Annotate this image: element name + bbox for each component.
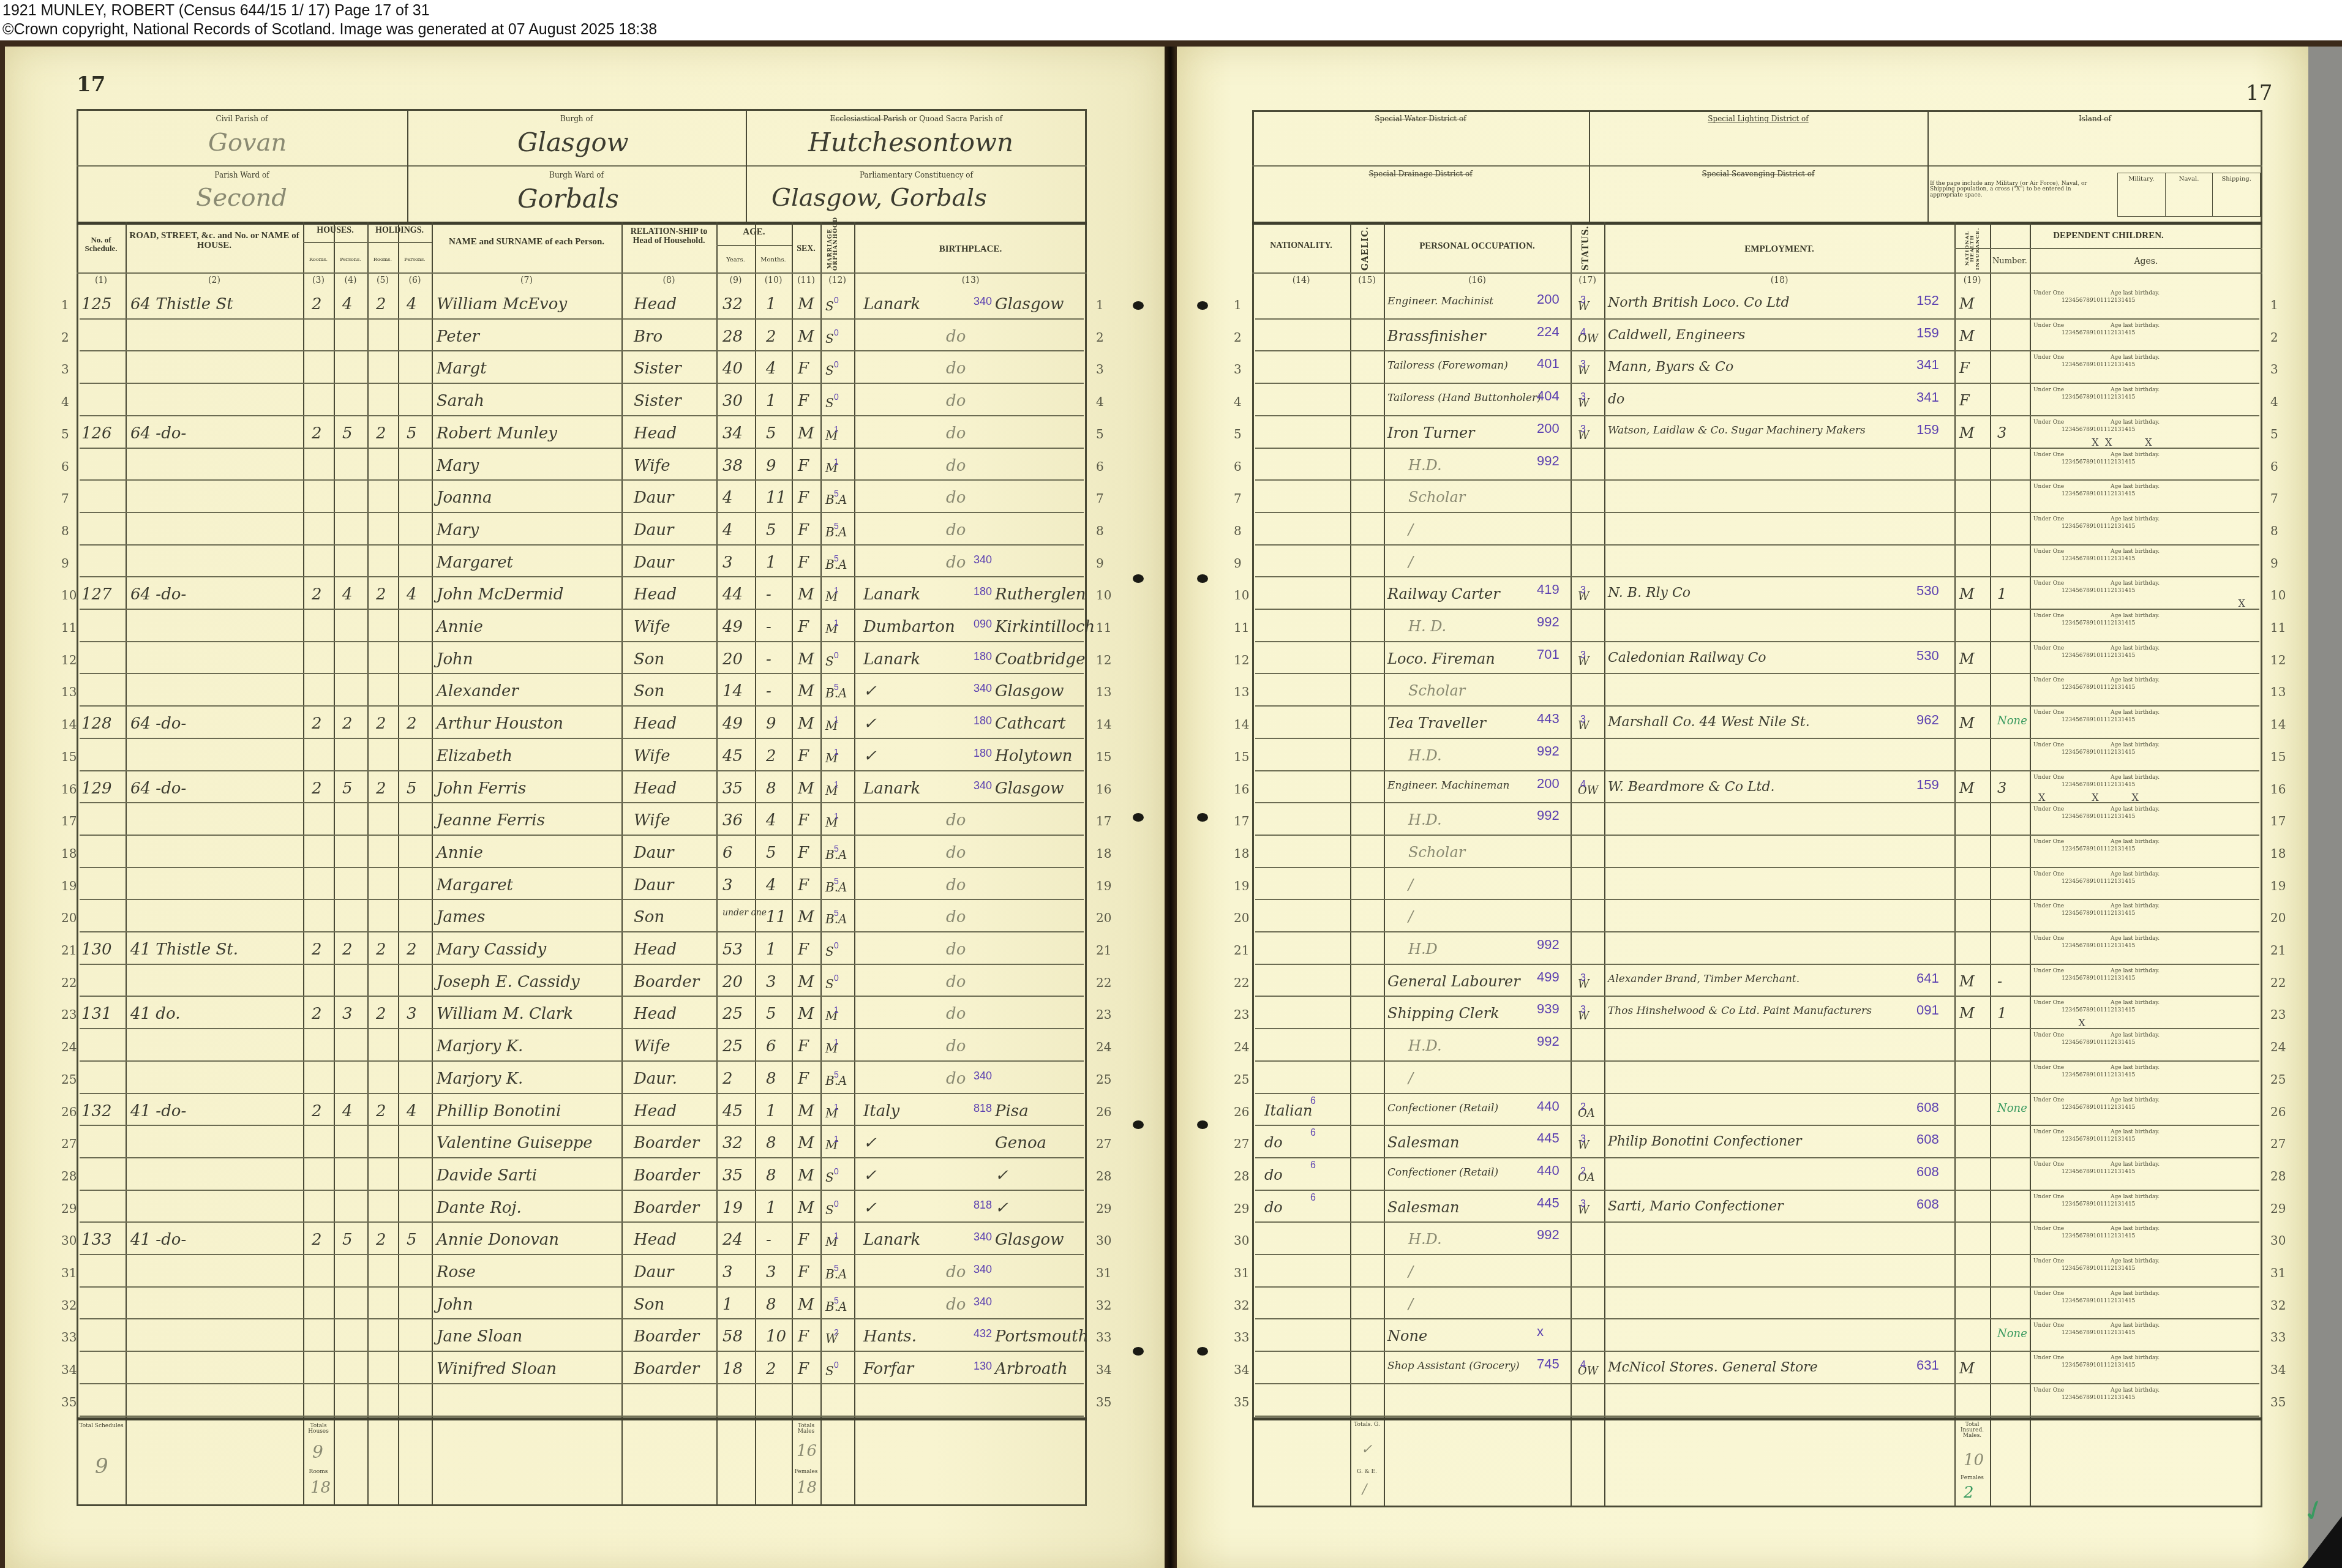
occupation-code: 992 <box>1537 614 1559 630</box>
age-last-birthday-label: Age last birthday. <box>2111 1291 2160 1297</box>
row-number: 14 <box>1096 717 1111 732</box>
marital-code: 1 <box>834 618 839 628</box>
person-name: William M. Clark <box>437 1005 573 1023</box>
age-ticks: 123456789101112131415 <box>2062 1136 2261 1142</box>
occupation-code: 445 <box>1537 1195 1559 1211</box>
row-number: 6 <box>2270 459 2278 474</box>
age-tick: 10 <box>2093 1330 2100 1336</box>
row-number: 4 <box>61 394 69 409</box>
person-name: Margaret <box>437 876 513 895</box>
constituency-value: Glasgow, Gorbals <box>771 184 987 212</box>
row-number: 16 <box>2270 782 2286 797</box>
health-insurance: F <box>1959 359 1970 377</box>
age-cross-mark: X <box>2145 437 2152 448</box>
relationship: Head <box>634 295 677 313</box>
birthplace-county: Hants. <box>863 1327 917 1346</box>
occupation-code: 992 <box>1537 937 1559 953</box>
status-code: 3 <box>1580 585 1586 596</box>
sex: M <box>798 779 814 798</box>
age-years: 49 <box>722 618 743 636</box>
age-last-birthday-label: Age last birthday. <box>2111 516 2160 522</box>
personal-occupation: H.D <box>1408 940 1438 958</box>
marital-code: 1 <box>834 779 839 789</box>
personal-occupation: Shipping Clerk <box>1387 1005 1499 1022</box>
row-number: 29 <box>61 1201 77 1216</box>
age-under-one-label: Under One <box>2033 1226 2064 1232</box>
age-ticks: 123456789101112131415 <box>2062 1072 2261 1078</box>
marital-code: 5 <box>834 1296 839 1305</box>
relationship: Son <box>634 908 664 926</box>
relationship: Wife <box>634 1037 670 1056</box>
eccl-parish-label: Ecclesiastical Parish or Quoad Sacra Par… <box>746 115 1087 123</box>
age-years: 14 <box>722 682 743 700</box>
row-number: 33 <box>1096 1330 1111 1345</box>
row-rule <box>1255 835 2259 836</box>
age-tick: 13 <box>2114 1266 2121 1272</box>
holding-rooms: 2 <box>376 715 386 733</box>
age-tick: 15 <box>2128 653 2135 659</box>
age-months: 8 <box>766 1166 776 1185</box>
total-ge: / <box>1362 1482 1367 1497</box>
row-number: 26 <box>1234 1105 1249 1119</box>
age-ticks: 123456789101112131415 <box>2062 1330 2261 1336</box>
row-number: 3 <box>61 362 69 377</box>
row-number: 26 <box>2270 1105 2286 1119</box>
person-name: Margaret <box>437 553 513 572</box>
marital-code: 1 <box>834 585 839 595</box>
birthplace-code: 340 <box>974 1263 992 1276</box>
row-number: 2 <box>2270 330 2278 345</box>
age-years: 44 <box>722 585 743 604</box>
row-number: 29 <box>1096 1201 1111 1216</box>
dependent-ages-grid: Under OneAge last birthday.1234567891011… <box>2031 805 2261 834</box>
marital-code: 1 <box>834 457 839 467</box>
column-number: (16) <box>1384 276 1571 285</box>
age-tick: 14 <box>2121 1007 2128 1013</box>
birthplace-place: Cathcart <box>995 715 1066 733</box>
occupation-code: 419 <box>1537 582 1559 598</box>
age-tick: 12 <box>2107 975 2114 981</box>
binding-hole <box>1133 301 1144 310</box>
burgh-ward-label: Burgh Ward of <box>407 171 746 179</box>
copyright-notice: ©Crown copyright, National Records of Sc… <box>2 20 2340 39</box>
sex: M <box>798 682 814 700</box>
health-insurance: M <box>1959 650 1975 667</box>
street-address: 64 -do- <box>130 715 186 733</box>
age-last-birthday-label: Age last birthday. <box>2111 710 2160 716</box>
age-tick: 14 <box>2121 943 2128 949</box>
age-under-one-label: Under One <box>2033 323 2064 329</box>
age-under-one-label: Under One <box>2033 516 2064 522</box>
age-tick: 15 <box>2128 1266 2135 1272</box>
dependent-children-number: None <box>1997 715 2027 727</box>
employment-code: 159 <box>1916 422 1939 438</box>
age-tick: 10 <box>2093 1362 2100 1368</box>
birthplace-place: ✓ <box>995 1199 1008 1217</box>
age-tick: 14 <box>2121 1169 2128 1175</box>
relationship: Head <box>634 1102 677 1120</box>
street-address: 41 -do- <box>130 1231 186 1249</box>
age-tick: 11 <box>2100 814 2107 820</box>
birthplace-code: 180 <box>974 715 992 727</box>
totals-females-label: Females <box>792 1469 820 1475</box>
health-insurance: M <box>1959 585 1975 602</box>
age-tick: 15 <box>2128 1007 2135 1013</box>
birthplace-place: Portsmouth <box>995 1327 1089 1346</box>
age-last-birthday-label: Age last birthday. <box>2111 290 2160 296</box>
row-number: 18 <box>1234 846 1249 861</box>
age-ticks: 123456789101112131415 <box>2062 975 2261 981</box>
row-number: 29 <box>1234 1201 1249 1216</box>
island-label: Island of <box>1927 115 2262 123</box>
birthplace-county: Lanark <box>863 650 920 669</box>
row-rule <box>1255 770 2259 771</box>
age-tick: 13 <box>2114 1169 2121 1175</box>
age-ticks: 123456789101112131415 <box>2062 1298 2261 1304</box>
age-years: 38 <box>722 457 743 475</box>
marital-code: 5 <box>834 1263 839 1273</box>
row-number: 12 <box>61 653 77 667</box>
marital-status: S <box>825 396 834 410</box>
street-address: 64 Thistle St <box>130 295 233 313</box>
age-under-one-label: Under One <box>2033 1291 2064 1297</box>
age-months: 8 <box>766 1070 776 1088</box>
schedule-number: 125 <box>81 295 112 313</box>
row-number: 29 <box>2270 1201 2286 1216</box>
relationship: Boarder <box>634 1327 699 1346</box>
age-last-birthday-label: Age last birthday. <box>2111 936 2160 942</box>
row-number: 14 <box>1234 717 1249 732</box>
age-months: 1 <box>766 940 776 959</box>
person-name: Mary Cassidy <box>437 940 546 959</box>
age-years: 28 <box>722 328 743 346</box>
holding-rooms: 2 <box>376 424 386 443</box>
col-personal-occupation: PERSONAL OCCUPATION. <box>1384 242 1571 252</box>
relationship: Daur <box>634 489 674 507</box>
age-tick: 15 <box>2128 910 2135 917</box>
person-name: William McEvoy <box>437 295 567 313</box>
birthplace-place: do <box>946 1296 966 1314</box>
row-number: 32 <box>1096 1298 1111 1313</box>
dependent-ages-grid: Under OneAge last birthday.1234567891011… <box>2031 644 2261 673</box>
row-rule <box>80 544 1084 546</box>
row-number: 27 <box>1234 1136 1249 1151</box>
burgh-value: Glasgow <box>517 127 629 157</box>
age-tick: 14 <box>2121 814 2128 820</box>
employment-code: 159 <box>1916 325 1939 341</box>
row-rule <box>1255 576 2259 577</box>
person-name: Davide Sarti <box>437 1166 537 1185</box>
age-ticks: 123456789101112131415 <box>2062 685 2261 691</box>
age-ticks: 123456789101112131415 <box>2062 427 2261 433</box>
age-years: 53 <box>722 940 743 959</box>
divider <box>1252 272 2262 274</box>
person-name: John McDermid <box>437 585 563 604</box>
age-tick: 14 <box>2121 717 2128 723</box>
personal-occupation: H.D. <box>1408 1037 1442 1054</box>
column-number: (12) <box>820 276 854 285</box>
age-ticks: 123456789101112131415 <box>2062 620 2261 626</box>
birthplace-code: 432 <box>974 1327 992 1340</box>
row-number: 20 <box>1096 910 1111 925</box>
row-number: 31 <box>1096 1266 1111 1280</box>
age-tick: 12 <box>2107 1105 2114 1111</box>
person-name: Annie <box>437 844 483 862</box>
age-tick: 13 <box>2114 846 2121 852</box>
age-tick: 15 <box>2128 394 2135 400</box>
age-tick: 11 <box>2100 943 2107 949</box>
personal-occupation: Tailoress (Forewoman) <box>1387 359 1508 372</box>
row-rule <box>1255 1190 2259 1191</box>
age-tick: 15 <box>2128 685 2135 691</box>
row-number: 9 <box>1096 556 1104 571</box>
age-under-one-label: Under One <box>2033 1194 2064 1200</box>
row-number: 10 <box>61 588 77 602</box>
schedule-number: 127 <box>81 585 112 604</box>
marital-code: 0 <box>834 650 839 660</box>
age-tick: 11 <box>2100 1395 2107 1401</box>
marital-status: S <box>825 654 834 669</box>
status-code: 3 <box>1580 1005 1586 1016</box>
status-code: 3 <box>1580 392 1586 403</box>
row-rule <box>1255 1157 2259 1158</box>
occupation-code: 440 <box>1537 1163 1559 1179</box>
age-tick: 10 <box>2093 427 2100 433</box>
age-tick: 11 <box>2100 653 2107 659</box>
age-cross-mark: X <box>2092 437 2098 448</box>
age-years: 49 <box>722 715 743 733</box>
occupation-code: x <box>1537 1324 1544 1340</box>
dependent-children-number: 3 <box>1997 424 2006 441</box>
row-number: 3 <box>1096 362 1104 377</box>
sex: F <box>798 1327 809 1346</box>
age-tick: 14 <box>2121 491 2128 497</box>
row-number: 30 <box>61 1233 77 1248</box>
age-tick: 14 <box>2121 362 2128 368</box>
age-tick: 13 <box>2114 523 2121 530</box>
age-tick: 14 <box>2121 298 2128 304</box>
schedule-number: 132 <box>81 1102 112 1120</box>
age-tick: 13 <box>2114 1233 2121 1239</box>
employment-code: 159 <box>1916 777 1939 793</box>
employer: North British Loco. Co Ltd <box>1608 295 1790 310</box>
health-insurance: M <box>1959 1005 1975 1022</box>
personal-occupation: Scholar <box>1408 844 1465 861</box>
age-tick: 11 <box>2100 1007 2107 1013</box>
dependent-ages-grid: Under OneAge last birthday.1234567891011… <box>2031 579 2261 608</box>
age-months: - <box>766 682 771 700</box>
row-rule <box>1255 1028 2259 1029</box>
employment-code: 091 <box>1916 1002 1939 1018</box>
row-rule <box>80 350 1084 351</box>
age-tick: 12 <box>2107 556 2114 562</box>
occupation-code: 701 <box>1537 647 1559 662</box>
personal-occupation: H.D. <box>1408 747 1442 764</box>
col-dep-ages: Ages. <box>2030 257 2262 266</box>
health-insurance: M <box>1959 779 1975 797</box>
row-number: 14 <box>2270 717 2286 732</box>
employer: Caledonian Railway Co <box>1608 650 1766 666</box>
age-tick: 11 <box>2100 427 2107 433</box>
age-under-one-label: Under One <box>2033 1032 2064 1038</box>
row-number: 30 <box>1234 1233 1249 1248</box>
age-months: 2 <box>766 747 776 765</box>
nationality: Italian <box>1264 1102 1313 1119</box>
drainage-district-label: Special Drainage District of <box>1252 170 1589 178</box>
age-tick: 13 <box>2114 1395 2121 1401</box>
age-tick: 12 <box>2107 846 2114 852</box>
birthplace-county: Forfar <box>863 1360 914 1378</box>
row-number: 23 <box>1096 1007 1111 1022</box>
age-months: - <box>766 650 771 669</box>
person-name: Annie Donovan <box>437 1231 559 1249</box>
birthplace-county: Dumbarton <box>863 618 955 636</box>
age-months: 2 <box>766 1360 776 1378</box>
health-insurance: M <box>1959 1360 1975 1377</box>
employment-code: 631 <box>1916 1357 1939 1373</box>
age-months: 1 <box>766 553 776 572</box>
marital-code: 1 <box>834 747 839 757</box>
age-tick: 15 <box>2128 943 2135 949</box>
age-tick: 11 <box>2100 782 2107 788</box>
age-tick: 13 <box>2114 459 2121 465</box>
person-name: Sarah <box>437 392 484 410</box>
row-number: 5 <box>1234 427 1242 441</box>
age-tick: 11 <box>2100 975 2107 981</box>
row-number: 10 <box>1096 588 1111 602</box>
row-number: 12 <box>1096 653 1111 667</box>
birthplace-code: 180 <box>974 747 992 760</box>
age-years: 35 <box>722 779 743 798</box>
age-last-birthday-label: Age last birthday. <box>2111 580 2160 587</box>
row-rule <box>80 738 1084 739</box>
house-rooms: 2 <box>312 715 322 733</box>
age-tick: 12 <box>2107 749 2114 756</box>
row-number: 34 <box>61 1362 77 1377</box>
person-name: Peter <box>437 328 479 346</box>
row-number: 1 <box>1234 298 1242 312</box>
holding-rooms: 2 <box>376 1102 386 1120</box>
birthplace-code: 090 <box>974 618 992 631</box>
house-persons: 3 <box>342 1005 353 1023</box>
eccl-label-struck: Ecclesiastical Parish <box>830 114 907 123</box>
personal-occupation: Tailoress (Hand Buttonholer) <box>1387 392 1541 404</box>
age-last-birthday-label: Age last birthday. <box>2111 419 2160 426</box>
sex: M <box>798 1296 814 1314</box>
birthplace-place: do <box>946 844 966 862</box>
age-under-one-label: Under One <box>2033 1161 2064 1168</box>
personal-occupation: Iron Turner <box>1387 424 1475 441</box>
row-rule <box>80 318 1084 320</box>
occupation-code: 499 <box>1537 969 1559 985</box>
total-rooms: 18 <box>310 1479 331 1497</box>
age-tick: 13 <box>2114 943 2121 949</box>
age-years: 3 <box>722 553 733 572</box>
dependent-ages-grid: Under OneAge last birthday.1234567891011… <box>2031 515 2261 544</box>
col-persons: Persons. <box>334 257 367 262</box>
age-years: 4 <box>722 489 733 507</box>
sex: F <box>798 457 809 475</box>
scavenging-district-label: Special Scavenging District of <box>1589 170 1927 178</box>
birthplace-county: Italy <box>863 1102 899 1120</box>
birthplace-place: Kirkintilloch <box>995 618 1095 636</box>
row-number: 13 <box>61 685 77 699</box>
row-rule <box>80 705 1084 707</box>
dependent-children-number: 1 <box>1997 585 2006 602</box>
dependent-ages-grid: Under OneAge last birthday.1234567891011… <box>2031 708 2261 737</box>
personal-occupation: Shop Assistant (Grocery) <box>1387 1360 1520 1372</box>
age-months: 1 <box>766 1199 776 1217</box>
column-divider <box>792 222 793 1506</box>
birthplace-place: do <box>946 392 966 410</box>
age-tick: 10 <box>2093 717 2100 723</box>
burgh-ward-value: Gorbals <box>517 184 619 214</box>
row-rule <box>1255 350 2259 351</box>
birthplace-place: Glasgow <box>995 779 1064 798</box>
age-tick: 10 <box>2093 1136 2100 1142</box>
sex: F <box>798 1231 809 1249</box>
employment-code: 641 <box>1916 970 1939 986</box>
status-code: 3 <box>1580 715 1586 726</box>
sex: M <box>798 973 814 991</box>
age-tick: 14 <box>2121 1040 2128 1046</box>
row-number: 24 <box>1096 1040 1111 1054</box>
age-years: 45 <box>722 1102 743 1120</box>
total-schedules-label: Total Schedules <box>78 1424 124 1429</box>
personal-occupation: / <box>1408 1296 1413 1313</box>
age-ticks: 123456789101112131415 <box>2062 1201 2261 1207</box>
birthplace-place: Genoa <box>995 1134 1046 1152</box>
age-months: 10 <box>766 1327 786 1346</box>
age-tick: 12 <box>2107 523 2114 530</box>
birthplace-code: 130 <box>974 1360 992 1373</box>
age-tick: 11 <box>2100 910 2107 917</box>
column-number: (6) <box>398 276 432 285</box>
col-relationship: RELATION-SHIP to Head of Household. <box>621 228 716 246</box>
age-tick: 15 <box>2128 1298 2135 1304</box>
sex: F <box>798 1037 809 1056</box>
occupation-code: 445 <box>1537 1130 1559 1146</box>
holding-persons: 5 <box>407 424 417 443</box>
person-name: Jeanne Ferris <box>437 811 545 830</box>
age-under-one-label: Under One <box>2033 775 2064 781</box>
street-address: 41 Thistle St. <box>130 940 238 959</box>
row-rule <box>80 1093 1084 1094</box>
row-number: 21 <box>61 943 77 958</box>
marital-status: S <box>825 977 834 991</box>
age-ticks: 123456789101112131415 <box>2062 1105 2261 1111</box>
person-name: Mary <box>437 457 479 475</box>
col-gaelic: GAELIC. <box>1361 228 1370 271</box>
relationship: Daur <box>634 521 674 539</box>
relationship: Head <box>634 1231 677 1249</box>
age-tick: 14 <box>2121 1136 2128 1142</box>
status-code: 4 <box>1580 1360 1586 1371</box>
age-years: 32 <box>722 1134 743 1152</box>
age-tick: 15 <box>2128 1169 2135 1175</box>
water-district-label: Special Water District of <box>1252 115 1589 123</box>
row-number: 18 <box>61 846 77 861</box>
birthplace-county: ✓ <box>863 1134 877 1152</box>
street-address: 64 -do- <box>130 424 186 443</box>
row-number: 34 <box>2270 1362 2286 1377</box>
total-gaelic: ✓ <box>1361 1442 1372 1457</box>
employer: Watson, Laidlaw & Co. Sugar Machinery Ma… <box>1608 424 1866 437</box>
birthplace-place: do <box>946 1037 966 1056</box>
birthplace-county: ✓ <box>863 1199 877 1217</box>
relationship: Wife <box>634 457 670 475</box>
row-number: 10 <box>1234 588 1249 602</box>
